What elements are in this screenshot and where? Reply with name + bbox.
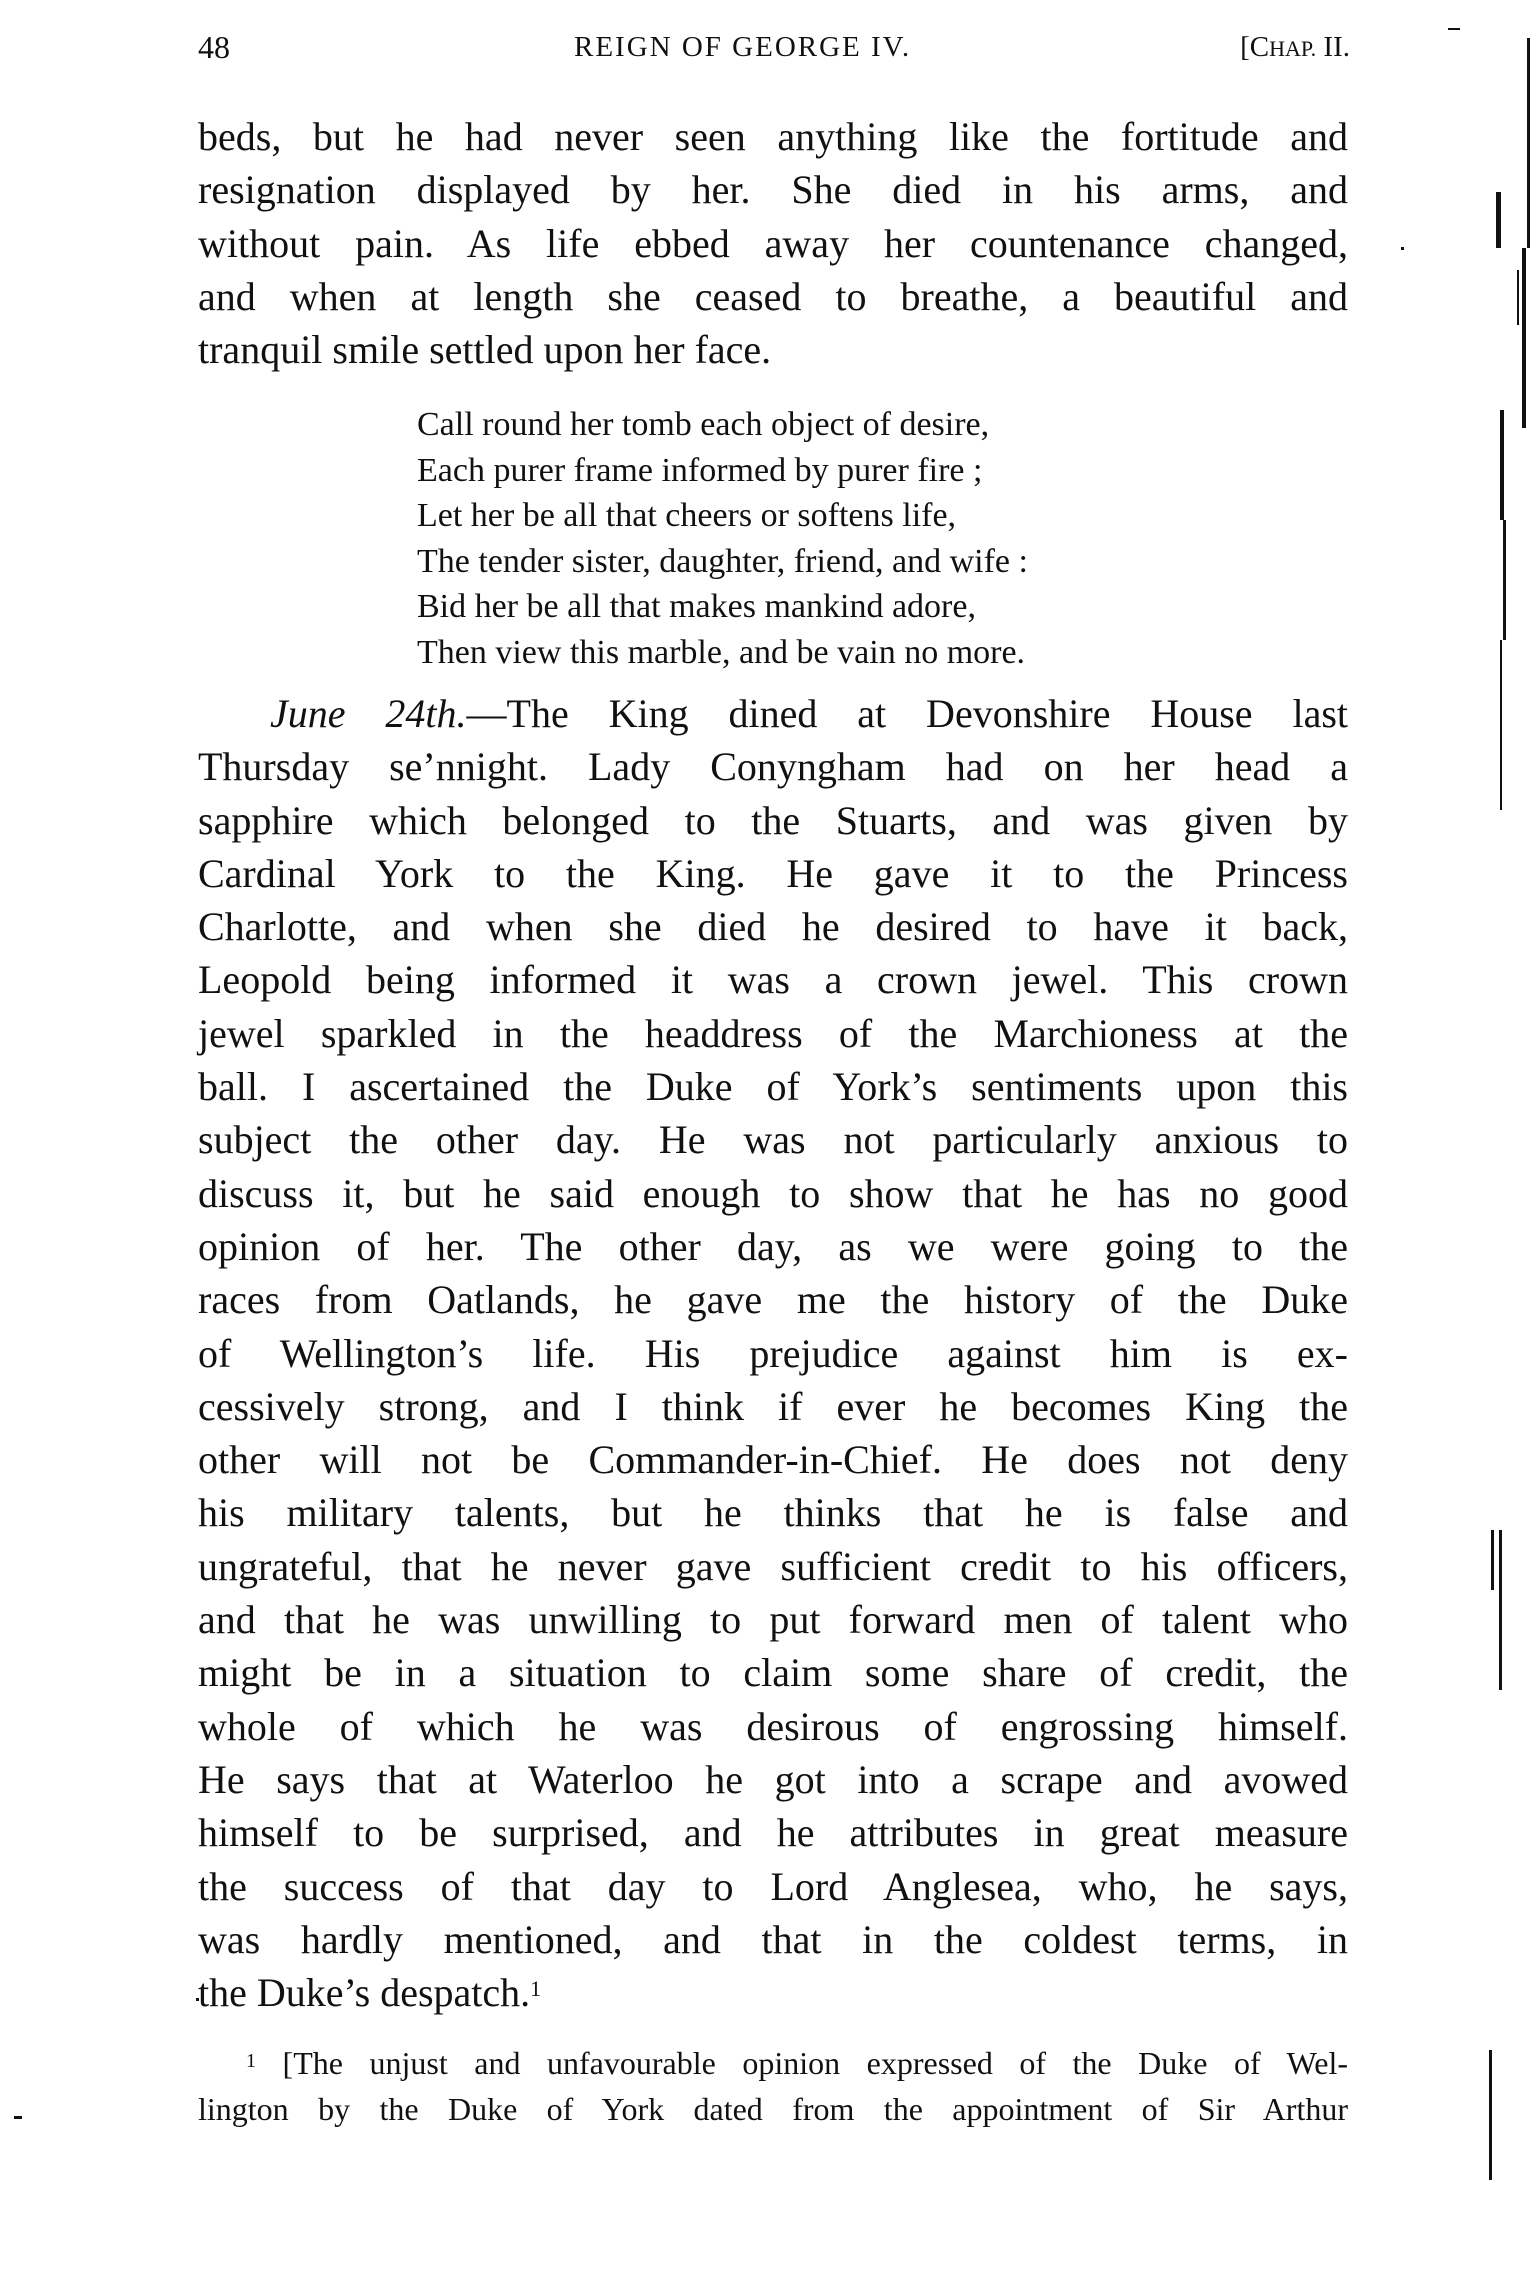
scan-speck <box>1448 28 1460 30</box>
text-line: opinion of her. The other day, as we wer… <box>198 1220 1348 1273</box>
scan-edge-mark <box>1489 2050 1492 2180</box>
text-line: of Wellington’s life. His prejudice agai… <box>198 1327 1348 1380</box>
poem-line: Let her be all that cheers or softens li… <box>417 493 1028 539</box>
text-line: himself to be surprised, and he attribut… <box>198 1806 1348 1859</box>
chapter-smallcaps: HAP. <box>1269 36 1316 61</box>
text-line: ball. I ascertained the Duke of York’s s… <box>198 1060 1348 1113</box>
text-line: He says that at Waterloo he got into a s… <box>198 1753 1348 1806</box>
text-line: the Duke’s despatch.1 <box>198 1966 1348 2019</box>
scan-speck <box>196 1998 199 2001</box>
poem-line: The tender sister, daughter, friend, and… <box>417 539 1028 585</box>
text-line: discuss it, but he said enough to show t… <box>198 1167 1348 1220</box>
text-line: Cardinal York to the King. He gave it to… <box>198 847 1348 900</box>
footnote-line: 1 [The unjust and unfavourable opinion e… <box>198 2040 1348 2086</box>
text-line: June 24th.—The King dined at Devonshire … <box>198 687 1348 740</box>
text-line: ungrateful, that he never gave sufficien… <box>198 1540 1348 1593</box>
footnote-marker: 1 <box>246 2050 256 2072</box>
scan-edge-mark <box>1517 270 1519 325</box>
text-line: sapphire which belonged to the Stuarts, … <box>198 794 1348 847</box>
text-line: might be in a situation to claim some sh… <box>198 1646 1348 1699</box>
text-line: Charlotte, and when she died he desired … <box>198 900 1348 953</box>
text-line: his military talents, but he thinks that… <box>198 1486 1348 1539</box>
text-line: Leopold being informed it was a crown je… <box>198 953 1348 1006</box>
scan-speck <box>1401 247 1404 250</box>
text-line: Thursday se’nnight. Lady Conyngham had o… <box>198 740 1348 793</box>
scan-speck <box>14 2116 22 2119</box>
text-line: and that he was unwilling to put forward… <box>198 1593 1348 1646</box>
text-line: races from Oatlands, he gave me the hist… <box>198 1273 1348 1326</box>
footnote: 1 [The unjust and unfavourable opinion e… <box>198 2040 1348 2132</box>
poem-line: Each purer frame informed by purer fire … <box>417 448 1028 494</box>
scan-edge-mark <box>1491 1530 1494 1590</box>
footnote-line: lington by the Duke of York dated from t… <box>198 2086 1348 2132</box>
text-line: the success of that day to Lord Anglesea… <box>198 1860 1348 1913</box>
footnote-reference[interactable]: 1 <box>530 1976 541 2001</box>
footnote-text: [The unjust and unfavourable opinion exp… <box>283 2045 1348 2081</box>
text-line: resignation displayed by her. She died i… <box>198 163 1348 216</box>
epitaph-poem: Call round her tomb each object of desir… <box>417 402 1028 675</box>
scan-edge-mark <box>1527 38 1530 248</box>
chapter-number: II. <box>1316 31 1350 63</box>
text-line: jewel sparkled in the headdress of the M… <box>198 1007 1348 1060</box>
scan-edge-mark <box>1500 410 1504 520</box>
entry-first-line: —The King dined at Devonshire House last <box>467 691 1348 736</box>
running-head: 48 REIGN OF GEORGE IV. [CHAP. II. <box>198 22 1350 72</box>
last-line-text: the Duke’s despatch. <box>198 1970 530 2015</box>
paragraph-continued: beds, but he had never seen anything lik… <box>198 110 1348 376</box>
text-line: other will not be Commander-in-Chief. He… <box>198 1433 1348 1486</box>
book-page: 48 REIGN OF GEORGE IV. [CHAP. II. beds, … <box>0 0 1533 2273</box>
scan-edge-mark <box>1522 248 1526 428</box>
scan-edge-mark <box>1499 1530 1502 1690</box>
text-line: tranquil smile settled upon her face. <box>198 323 1348 376</box>
chapter-label: [CHAP. II. <box>1240 22 1350 74</box>
scan-edge-mark <box>1500 640 1502 810</box>
chapter-bracket: [ <box>1240 31 1250 63</box>
poem-line: Then view this marble, and be vain no mo… <box>417 630 1028 676</box>
scan-edge-mark <box>1503 520 1506 640</box>
text-line: whole of which he was desirous of engros… <box>198 1700 1348 1753</box>
text-line: beds, but he had never seen anything lik… <box>198 110 1348 163</box>
page-number: 48 <box>198 22 230 72</box>
text-line: subject the other day. He was not partic… <box>198 1113 1348 1166</box>
diary-entry-june-24: June 24th.—The King dined at Devonshire … <box>198 687 1348 2019</box>
running-title: REIGN OF GEORGE IV. <box>574 22 911 72</box>
entry-date: June 24th. <box>270 691 467 736</box>
poem-line: Bid her be all that makes mankind adore, <box>417 584 1028 630</box>
text-line: cessively strong, and I think if ever he… <box>198 1380 1348 1433</box>
text-line: without pain. As life ebbed away her cou… <box>198 217 1348 270</box>
chapter-initial: C <box>1250 31 1269 63</box>
text-line: and when at length she ceased to breathe… <box>198 270 1348 323</box>
text-line: was hardly mentioned, and that in the co… <box>198 1913 1348 1966</box>
scan-edge-mark <box>1496 192 1501 248</box>
poem-line: Call round her tomb each object of desir… <box>417 402 1028 448</box>
